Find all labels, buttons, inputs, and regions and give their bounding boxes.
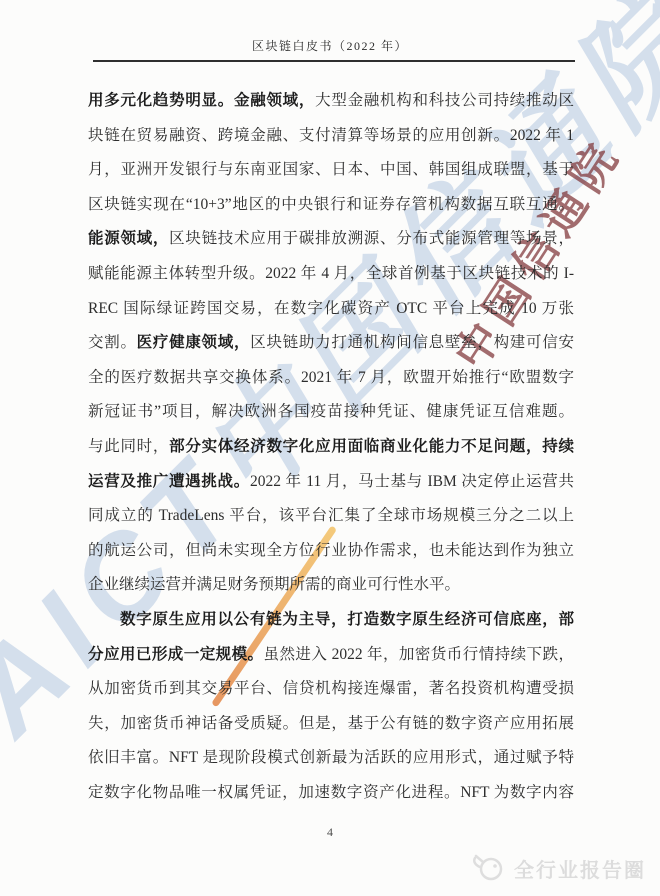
text-segment: 从加密货币到其交易平台、信贷机构接连爆雷，著名投资机构遭受损 — [88, 680, 574, 697]
text-line: 依旧丰富。NFT 是现阶段模式创新最为活跃的应用形式，通过赋予特 — [88, 741, 574, 776]
page-number: 4 — [0, 825, 660, 840]
text-line: 分应用已形成一定规模。虽然进入 2022 年，加密货币行情持续下跌， — [88, 638, 574, 673]
text-line: 赋能能源主体转型升级。2022 年 4 月，全球首例基于区块链技术的 I- — [88, 257, 574, 292]
text-line: 运营及推广遭遇挑战。2022 年 11 月，马士基与 IBM 决定停止运营共 — [88, 465, 574, 500]
bold-text-segment: 医疗健康领域， — [137, 334, 251, 351]
text-segment: 的航运公司，但尚未实现全方位行业协作需求，也未能达到作为独立 — [88, 542, 574, 559]
bold-text-segment: 能源领域， — [88, 230, 169, 247]
text-segment: 大型金融机构和科技公司持续推动区 — [315, 92, 574, 109]
text-segment: 区块链助力打通机构间信息壁垒，构建可信安 — [250, 334, 574, 351]
text-segment: 区块链技术应用于碳排放溯源、分布式能源管理等场景， — [169, 230, 574, 247]
text-line: 月，亚洲开发银行与东南亚国家、日本、中国、韩国组成联盟，基于 — [88, 153, 574, 188]
footer-brand: 全行业报告圈 — [471, 853, 646, 883]
bold-text-segment: 部分实体经济数字化应用面临商业化能力不足问题，持续 — [169, 438, 574, 455]
text-line: 区块链实现在“10+3”地区的中央银行和证券存管机构数据互联互通。 — [88, 188, 574, 223]
brand-label: 全行业报告圈 — [514, 854, 646, 883]
text-segment: 全的医疗数据共享交换体系。2021 年 7 月，欧盟开始推行“欧盟数字 — [88, 369, 574, 386]
header-divider — [93, 60, 575, 62]
text-line: 的航运公司，但尚未实现全方位行业协作需求，也未能达到作为独立 — [88, 534, 574, 569]
text-line: 用多元化趋势明显。金融领域，大型金融机构和科技公司持续推动区 — [88, 84, 574, 119]
bold-text-segment: 分应用已形成一定规模。 — [88, 646, 264, 663]
text-line: 企业继续运营并满足财务预期所需的商业可行性水平。 — [88, 568, 574, 603]
text-segment: 失，加密货币神话备受质疑。但是，基于公有链的数字资产应用拓展 — [88, 715, 574, 732]
bold-text-segment: 用多元化趋势明显。金融领域， — [88, 92, 315, 109]
text-line: 定数字化物品唯一权属凭证，加速数字资产化进程。NFT 为数字内容 — [88, 776, 574, 811]
text-segment: 2022 年 11 月，马士基与 IBM 决定停止运营共 — [250, 473, 574, 490]
text-segment: REC 国际绿证跨国交易，在数字化碳资产 OTC 平台上完成 10 万张 — [88, 300, 574, 317]
text-line: 块链在贸易融资、跨境金融、支付清算等场景的应用创新。2022 年 1 — [88, 119, 574, 154]
text-line: 同成立的 TradeLens 平台，该平台汇集了全球市场规模三分之二以上 — [88, 499, 574, 534]
text-segment: 赋能能源主体转型升级。2022 年 4 月，全球首例基于区块链技术的 I- — [88, 265, 574, 282]
text-line: 新冠证书”项目，解决欧洲各国疫苗接种凭证、健康凭证互信难题。 — [88, 395, 574, 430]
text-segment: 月，亚洲开发银行与东南亚国家、日本、中国、韩国组成联盟，基于 — [88, 161, 574, 178]
body-text: 用多元化趋势明显。金融领域，大型金融机构和科技公司持续推动区块链在贸易融资、跨境… — [88, 84, 574, 810]
document-page: CAICT中国信通院 中国信通院 区块链白皮书（2022 年） 用多元化趋势明显… — [0, 0, 660, 896]
header-title: 区块链白皮书（2022 年） — [0, 37, 660, 54]
bold-text-segment: 运营及推广遭遇挑战。 — [88, 473, 250, 490]
text-line: 能源领域，区块链技术应用于碳排放溯源、分布式能源管理等场景， — [88, 222, 574, 257]
text-segment: 虽然进入 2022 年，加密货币行情持续下跌， — [264, 646, 574, 663]
text-segment: 同成立的 TradeLens 平台，该平台汇集了全球市场规模三分之二以上 — [88, 507, 574, 524]
text-segment: 区块链实现在“10+3”地区的中央银行和证券存管机构数据互联互通。 — [88, 196, 574, 213]
text-line: 交割。医疗健康领域，区块链助力打通机构间信息壁垒，构建可信安 — [88, 326, 574, 361]
text-line: 全的医疗数据共享交换体系。2021 年 7 月，欧盟开始推行“欧盟数字 — [88, 361, 574, 396]
text-line: 从加密货币到其交易平台、信贷机构接连爆雷，著名投资机构遭受损 — [88, 672, 574, 707]
report-circle-logo-icon — [471, 853, 507, 883]
text-segment: 定数字化物品唯一权属凭证，加速数字资产化进程。NFT 为数字内容 — [88, 784, 574, 801]
text-line: 与此同时，部分实体经济数字化应用面临商业化能力不足问题，持续 — [88, 430, 574, 465]
text-segment: 依旧丰富。NFT 是现阶段模式创新最为活跃的应用形式，通过赋予特 — [88, 749, 574, 766]
text-segment: 块链在贸易融资、跨境金融、支付清算等场景的应用创新。2022 年 1 — [88, 127, 574, 144]
text-line: 数字原生应用以公有链为主导，打造数字原生经济可信底座，部 — [88, 603, 574, 638]
text-line: 失，加密货币神话备受质疑。但是，基于公有链的数字资产应用拓展 — [88, 707, 574, 742]
bold-text-segment: 数字原生应用以公有链为主导，打造数字原生经济可信底座，部 — [120, 611, 574, 628]
text-line: REC 国际绿证跨国交易，在数字化碳资产 OTC 平台上完成 10 万张 — [88, 292, 574, 327]
text-segment: 新冠证书”项目，解决欧洲各国疫苗接种凭证、健康凭证互信难题。 — [88, 403, 574, 420]
text-segment: 与此同时， — [88, 438, 169, 455]
text-segment: 企业继续运营并满足财务预期所需的商业可行性水平。 — [88, 576, 460, 593]
text-segment: 交割。 — [88, 334, 137, 351]
